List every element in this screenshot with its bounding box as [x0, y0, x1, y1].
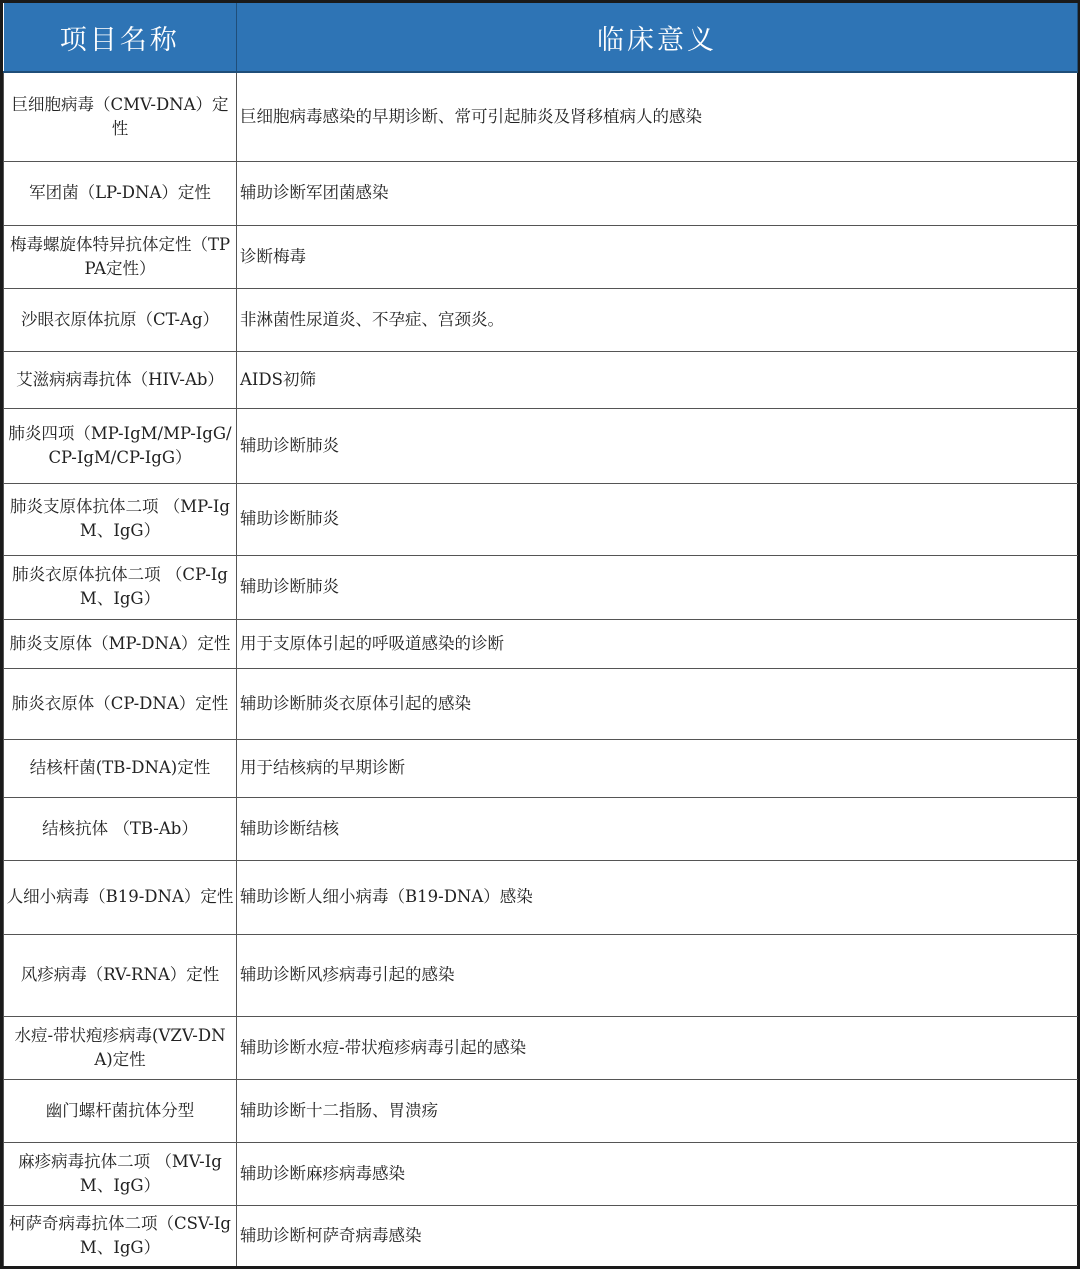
table-header-row: 项目名称 临床意义 [4, 3, 1078, 72]
table-row: 幽门螺杆菌抗体分型辅助诊断十二指肠、胃溃疡 [4, 1079, 1078, 1142]
item-name-cell: 柯萨奇病毒抗体二项（CSV-IgM、IgG） [4, 1205, 237, 1266]
clinical-significance-cell: 辅助诊断水痘-带状疱疹病毒引起的感染 [237, 1016, 1078, 1079]
header-clinical-significance: 临床意义 [237, 3, 1078, 72]
item-name-cell: 艾滋病病毒抗体（HIV-Ab） [4, 351, 237, 408]
item-name-cell: 肺炎衣原体抗体二项 （CP-IgM、IgG） [4, 555, 237, 619]
clinical-significance-cell: 辅助诊断柯萨奇病毒感染 [237, 1205, 1078, 1266]
table-row: 水痘-带状疱疹病毒(VZV-DNA)定性辅助诊断水痘-带状疱疹病毒引起的感染 [4, 1016, 1078, 1079]
clinical-significance-cell: 辅助诊断军团菌感染 [237, 161, 1078, 225]
item-name-cell: 肺炎支原体（MP-DNA）定性 [4, 619, 237, 668]
table-row: 肺炎支原体抗体二项 （MP-IgM、IgG）辅助诊断肺炎 [4, 483, 1078, 555]
table-row: 肺炎衣原体（CP-DNA）定性辅助诊断肺炎衣原体引起的感染 [4, 668, 1078, 739]
item-name-cell: 巨细胞病毒（CMV-DNA）定性 [4, 72, 237, 161]
table-row: 肺炎支原体（MP-DNA）定性用于支原体引起的呼吸道感染的诊断 [4, 619, 1078, 668]
table-row: 柯萨奇病毒抗体二项（CSV-IgM、IgG）辅助诊断柯萨奇病毒感染 [4, 1205, 1078, 1266]
item-name-cell: 水痘-带状疱疹病毒(VZV-DNA)定性 [4, 1016, 237, 1079]
item-name-cell: 军团菌（LP-DNA）定性 [4, 161, 237, 225]
item-name-cell: 肺炎四项（MP-IgM/MP-IgG/CP-IgM/CP-IgG） [4, 408, 237, 483]
table-row: 艾滋病病毒抗体（HIV-Ab）AIDS初筛 [4, 351, 1078, 408]
clinical-significance-cell: 用于结核病的早期诊断 [237, 739, 1078, 797]
clinical-significance-cell: 用于支原体引起的呼吸道感染的诊断 [237, 619, 1078, 668]
item-name-cell: 麻疹病毒抗体二项 （MV-IgM、IgG） [4, 1142, 237, 1205]
item-name-cell: 幽门螺杆菌抗体分型 [4, 1079, 237, 1142]
item-name-cell: 梅毒螺旋体特异抗体定性（TPPA定性） [4, 225, 237, 288]
table-row: 人细小病毒（B19-DNA）定性辅助诊断人细小病毒（B19-DNA）感染 [4, 860, 1078, 934]
clinical-significance-cell: 巨细胞病毒感染的早期诊断、常可引起肺炎及肾移植病人的感染 [237, 72, 1078, 161]
table-row: 结核抗体 （TB-Ab）辅助诊断结核 [4, 797, 1078, 860]
clinical-significance-cell: 辅助诊断肺炎 [237, 555, 1078, 619]
clinical-significance-cell: 辅助诊断肺炎衣原体引起的感染 [237, 668, 1078, 739]
clinical-tests-table: 项目名称 临床意义 巨细胞病毒（CMV-DNA）定性巨细胞病毒感染的早期诊断、常… [3, 3, 1078, 1266]
table-row: 麻疹病毒抗体二项 （MV-IgM、IgG）辅助诊断麻疹病毒感染 [4, 1142, 1078, 1205]
clinical-significance-cell: 辅助诊断人细小病毒（B19-DNA）感染 [237, 860, 1078, 934]
table-row: 巨细胞病毒（CMV-DNA）定性巨细胞病毒感染的早期诊断、常可引起肺炎及肾移植病… [4, 72, 1078, 161]
table-row: 沙眼衣原体抗原（CT-Ag）非淋菌性尿道炎、不孕症、宫颈炎。 [4, 288, 1078, 351]
clinical-significance-cell: 辅助诊断肺炎 [237, 483, 1078, 555]
clinical-significance-cell: 辅助诊断麻疹病毒感染 [237, 1142, 1078, 1205]
clinical-significance-cell: 辅助诊断肺炎 [237, 408, 1078, 483]
item-name-cell: 结核抗体 （TB-Ab） [4, 797, 237, 860]
table-row: 肺炎衣原体抗体二项 （CP-IgM、IgG）辅助诊断肺炎 [4, 555, 1078, 619]
table-row: 梅毒螺旋体特异抗体定性（TPPA定性）诊断梅毒 [4, 225, 1078, 288]
item-name-cell: 结核杆菌(TB-DNA)定性 [4, 739, 237, 797]
table-row: 军团菌（LP-DNA）定性辅助诊断军团菌感染 [4, 161, 1078, 225]
clinical-significance-cell: 辅助诊断风疹病毒引起的感染 [237, 934, 1078, 1016]
item-name-cell: 肺炎衣原体（CP-DNA）定性 [4, 668, 237, 739]
clinical-significance-cell: AIDS初筛 [237, 351, 1078, 408]
clinical-significance-cell: 辅助诊断结核 [237, 797, 1078, 860]
clinical-significance-cell: 非淋菌性尿道炎、不孕症、宫颈炎。 [237, 288, 1078, 351]
table-row: 肺炎四项（MP-IgM/MP-IgG/CP-IgM/CP-IgG）辅助诊断肺炎 [4, 408, 1078, 483]
table-row: 风疹病毒（RV-RNA）定性辅助诊断风疹病毒引起的感染 [4, 934, 1078, 1016]
item-name-cell: 风疹病毒（RV-RNA）定性 [4, 934, 237, 1016]
clinical-significance-cell: 辅助诊断十二指肠、胃溃疡 [237, 1079, 1078, 1142]
item-name-cell: 人细小病毒（B19-DNA）定性 [4, 860, 237, 934]
item-name-cell: 肺炎支原体抗体二项 （MP-IgM、IgG） [4, 483, 237, 555]
clinical-significance-cell: 诊断梅毒 [237, 225, 1078, 288]
header-item-name: 项目名称 [4, 3, 237, 72]
table-row: 结核杆菌(TB-DNA)定性用于结核病的早期诊断 [4, 739, 1078, 797]
item-name-cell: 沙眼衣原体抗原（CT-Ag） [4, 288, 237, 351]
